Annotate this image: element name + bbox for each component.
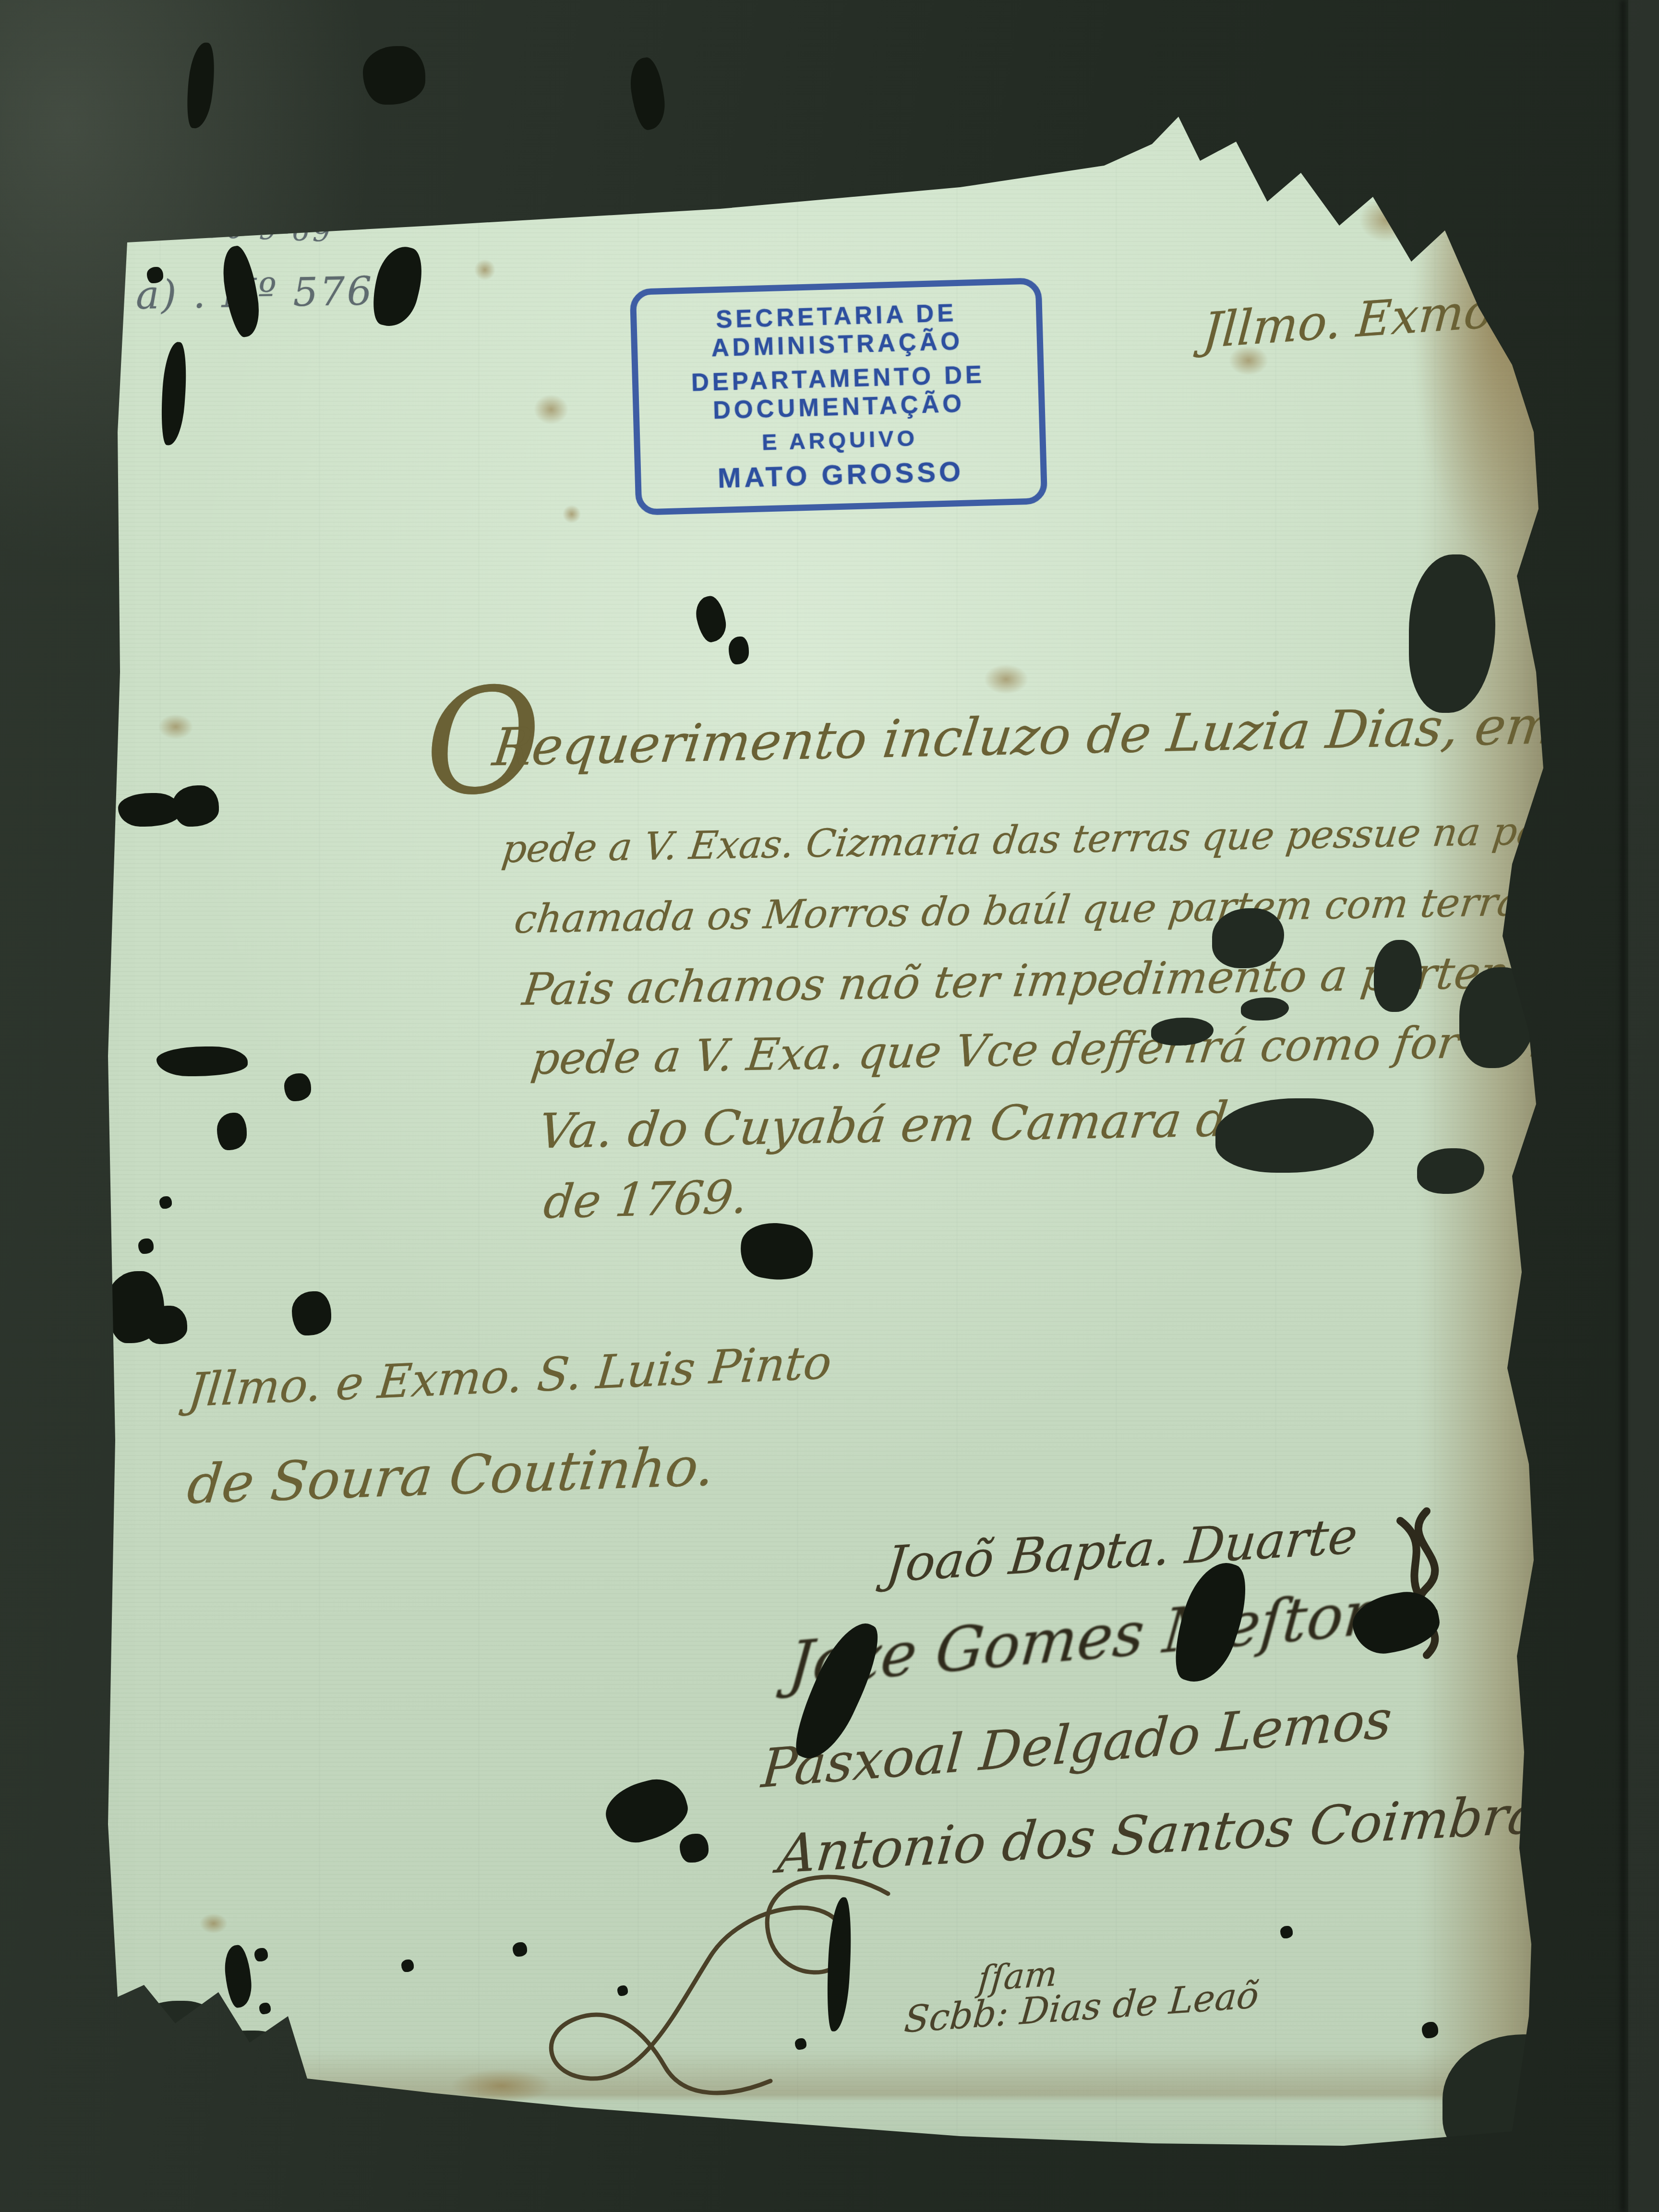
ink-blot — [1422, 2022, 1438, 2038]
stain — [158, 714, 193, 739]
ink-blot — [729, 637, 749, 664]
ink-blot — [173, 785, 219, 827]
scanned-document: 30-9-69 a) . Nº 576 SECRETARIA DE ADMINI… — [0, 0, 1659, 2212]
ink-blot — [1280, 1926, 1293, 1938]
stain — [563, 505, 581, 523]
backdrop-crease — [1621, 0, 1625, 2212]
stamp-line-3: E ARQUIVO — [761, 424, 918, 455]
ink-blot — [118, 793, 180, 827]
stamp-line-4: MATO GROSSO — [717, 456, 964, 494]
ink-blot — [138, 1238, 154, 1254]
stamp-line-2: DEPARTAMENTO DE DOCUMENTAÇÃO — [643, 359, 1034, 427]
ink-blot — [363, 46, 425, 105]
ink-blot — [254, 1948, 268, 1961]
stain — [534, 395, 568, 424]
ink-blot — [284, 1073, 311, 1101]
ink-blot — [144, 1306, 187, 1344]
manuscript-page: 30-9-69 a) . Nº 576 SECRETARIA DE ADMINI… — [0, 0, 1659, 2212]
stain — [474, 259, 495, 280]
ink-blot — [401, 1960, 414, 1972]
ink-blot — [617, 1985, 628, 1996]
ink-blot — [292, 1291, 331, 1335]
ink-blot — [680, 1834, 709, 1863]
ink-blot — [147, 267, 163, 283]
backdrop-crease-highlight — [1628, 0, 1659, 2212]
petition-line-7: de 1769. — [541, 1170, 750, 1229]
ink-blot — [513, 1942, 527, 1957]
ink-blot — [217, 1113, 247, 1150]
ink-blot — [156, 1046, 248, 1076]
paraph-flourish — [518, 1875, 950, 2100]
archive-stamp: SECRETARIA DE ADMINISTRAÇÃO DEPARTAMENTO… — [630, 277, 1048, 516]
stain — [984, 664, 1028, 694]
ink-blot — [795, 2038, 806, 2050]
stain — [200, 1913, 228, 1934]
ink-blot — [159, 1196, 172, 1209]
stamp-line-1: SECRETARIA DE ADMINISTRAÇÃO — [641, 297, 1033, 364]
stain — [1229, 346, 1268, 375]
ink-blot — [259, 2003, 271, 2014]
